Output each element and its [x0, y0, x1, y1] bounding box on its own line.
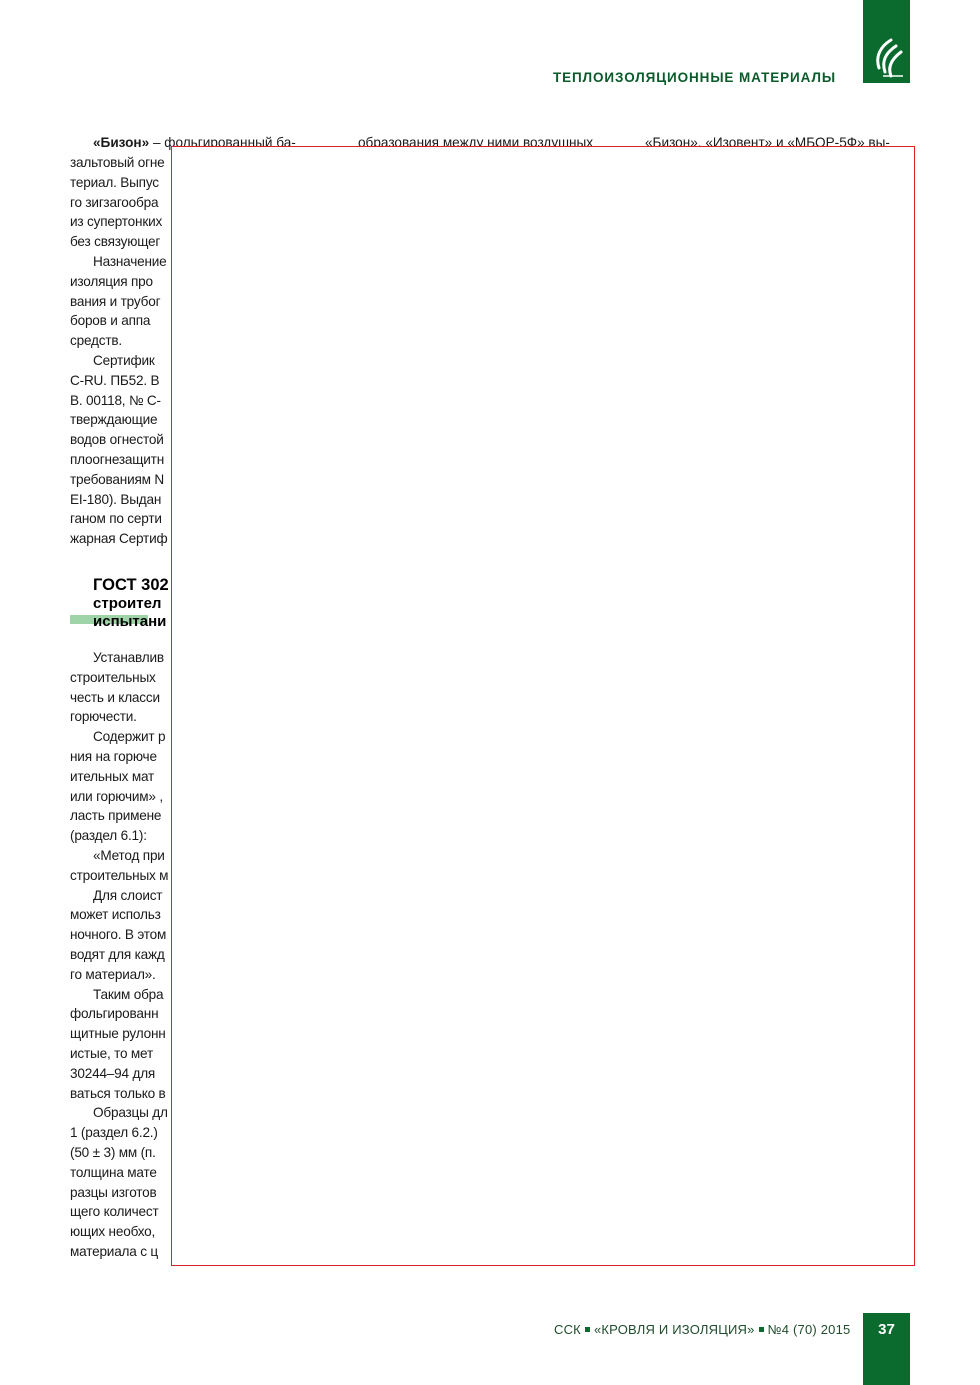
footer-publication: ССК«КРОВЛЯ И ИЗОЛЯЦИЯ»№4 (70) 2015	[554, 1322, 850, 1337]
page-number: 37	[863, 1313, 910, 1385]
footer-issue: №4 (70) 2015	[768, 1322, 851, 1337]
header-color-tab	[863, 0, 910, 83]
heading-line-1: ГОСТ 302	[93, 576, 169, 595]
magazine-logo-icon	[869, 36, 905, 80]
bullet-square-icon	[759, 1327, 764, 1332]
section-heading: ГОСТ 302 строител испытани	[93, 576, 169, 632]
section-title: ТЕПЛОИЗОЛЯЦИОННЫЕ МАТЕРИАЛЫ	[553, 70, 836, 85]
heading-line-3: испытани	[93, 613, 169, 632]
product-name-bold: «Бизон»	[93, 135, 149, 150]
footer-publisher: ССК	[554, 1322, 581, 1337]
heading-line-2: строител	[93, 595, 169, 614]
footer-magazine: «КРОВЛЯ И ИЗОЛЯЦИЯ»	[594, 1322, 755, 1337]
redaction-overlay-box	[171, 146, 915, 1266]
bullet-square-icon	[585, 1327, 590, 1332]
